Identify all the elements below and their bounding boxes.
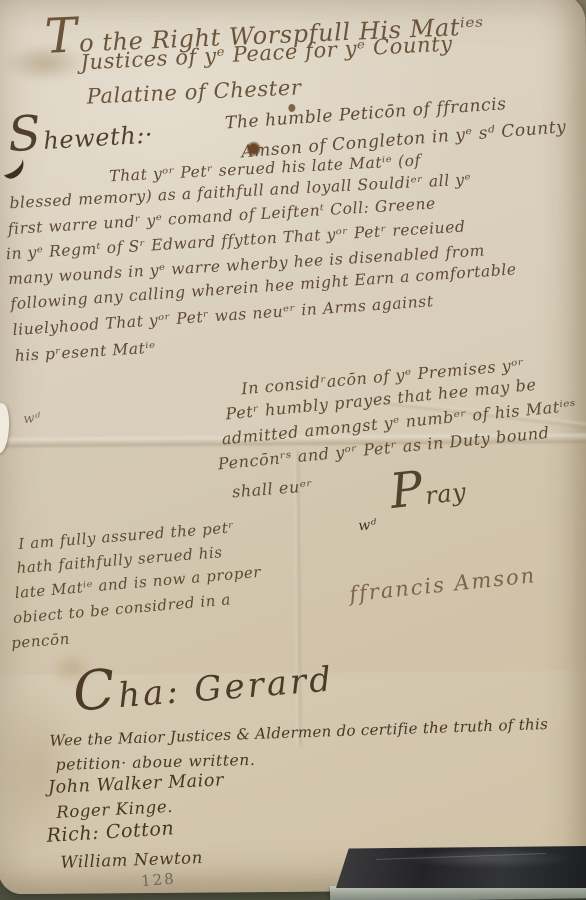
margin-mark-left: wᵈ [23, 410, 42, 427]
signature-rich-cotton: Rich: Cotton [46, 817, 175, 847]
signature-ffrancis-amson: ffrancis Amson [348, 563, 537, 606]
book-weight-bar [336, 846, 586, 888]
margin-mark-right: wᵈ [358, 517, 378, 535]
signature-john-walker: John Walker Maior [48, 770, 225, 798]
paper-tear [0, 403, 11, 454]
page-number: 128 [140, 870, 176, 891]
sheweth-word: Sheweth:· [6, 99, 154, 164]
attestation-line-1: Wee the Maior Justices & Aldermen do cer… [49, 715, 548, 750]
photo-canvas: To the Right Worspfull His Matⁱᵉˢ Justic… [0, 0, 586, 900]
body-line: his pʳesent Matⁱᵉ [14, 339, 156, 365]
attestation-line-2: petition· aboue written. [55, 751, 255, 774]
prayer-close: shall euᵉʳ [231, 476, 313, 501]
signature-cha-gerard: Cha: Gerard [71, 641, 336, 724]
petition-document: To the Right Worspfull His Matⁱᵉˢ Justic… [0, 0, 586, 894]
certificate-line: pencōn [10, 630, 70, 653]
scratch-mark [376, 853, 546, 860]
book-weight [328, 846, 586, 900]
signature-william-newton: William Newton [60, 848, 203, 872]
prayer-pray-word: Pray [387, 456, 468, 520]
